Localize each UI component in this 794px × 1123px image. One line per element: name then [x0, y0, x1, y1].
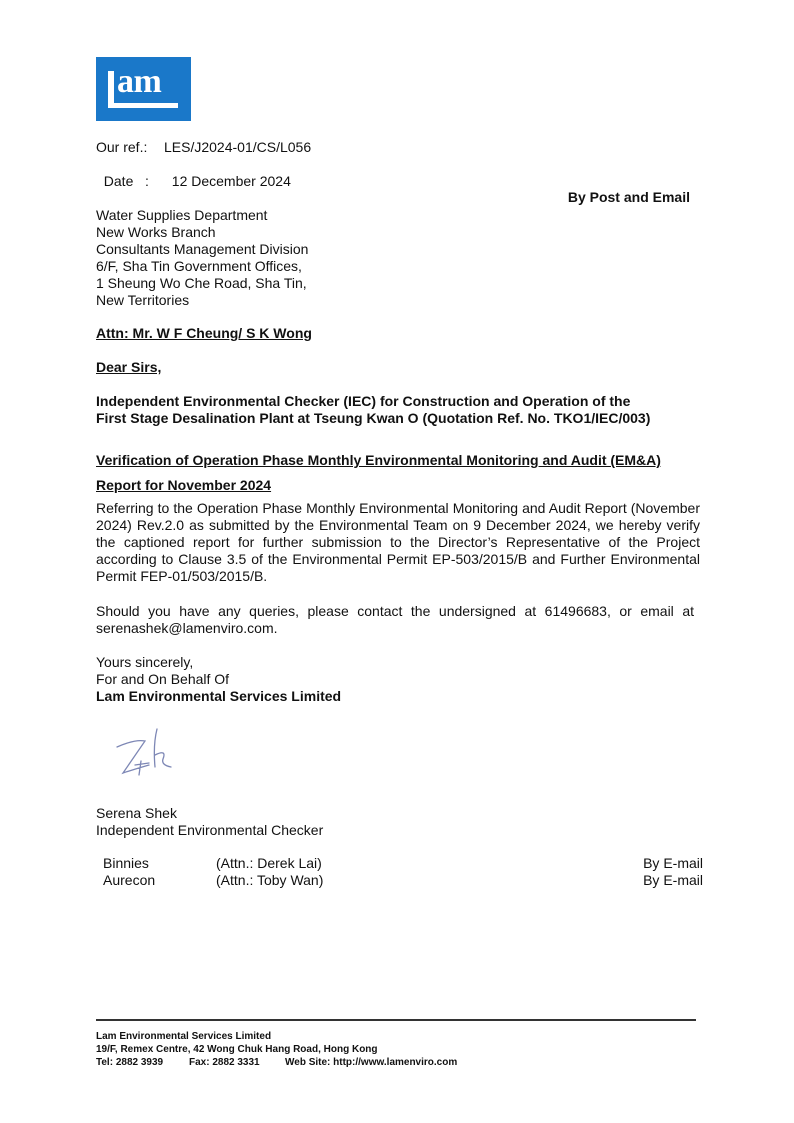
- footer-company: Lam Environmental Services Limited: [96, 1030, 457, 1043]
- address-line: New Works Branch: [96, 224, 308, 241]
- our-ref: Our ref.:LES/J2024-01/CS/L056: [96, 139, 311, 156]
- logo-underline: [108, 103, 178, 108]
- cc-mode: By E-mail: [643, 872, 703, 889]
- body-paragraph-1: Referring to the Operation Phase Monthly…: [96, 500, 700, 585]
- footer-address: 19/F, Remex Centre, 42 Wong Chuk Hang Ro…: [96, 1043, 457, 1056]
- footer-tel: Tel: 2882 3939: [96, 1056, 189, 1069]
- cc-name: Binnies: [103, 855, 149, 872]
- salutation: Dear Sirs,: [96, 359, 161, 376]
- our-ref-value: LES/J2024-01/CS/L056: [164, 139, 311, 155]
- cc-name: Aurecon: [103, 872, 155, 889]
- address-line: New Territories: [96, 292, 308, 309]
- body-paragraph-2: Should you have any queries, please cont…: [96, 603, 694, 637]
- valediction: Yours sincerely,: [96, 654, 341, 671]
- subject-line: First Stage Desalination Plant at Tseung…: [96, 410, 650, 427]
- footer: Lam Environmental Services Limited 19/F,…: [96, 1030, 457, 1069]
- footer-web: Web Site: http://www.lamenviro.com: [285, 1056, 457, 1069]
- footer-divider: [96, 1019, 696, 1021]
- address-line: 6/F, Sha Tin Government Offices,: [96, 258, 308, 275]
- date-value: 12 December 2024: [172, 173, 291, 189]
- cc-mode: By E-mail: [643, 855, 703, 872]
- subject: Independent Environmental Checker (IEC) …: [96, 393, 650, 427]
- company-logo: am: [96, 57, 191, 121]
- address-line: 1 Sheung Wo Che Road, Sha Tin,: [96, 275, 308, 292]
- behalf-line: For and On Behalf Of: [96, 671, 341, 688]
- cc-attn: (Attn.: Toby Wan): [216, 872, 323, 889]
- signer-title: Independent Environmental Checker: [96, 822, 323, 839]
- cc-attn: (Attn.: Derek Lai): [216, 855, 322, 872]
- signer-name: Serena Shek: [96, 805, 323, 822]
- logo-text: am: [117, 63, 161, 101]
- attention-line: Attn: Mr. W F Cheung/ S K Wong: [96, 325, 312, 342]
- signer: Serena Shek Independent Environmental Ch…: [96, 805, 323, 839]
- address-line: Consultants Management Division: [96, 241, 308, 258]
- date-label: Date :: [104, 173, 172, 190]
- signature-icon: [115, 725, 195, 780]
- delivery-method: By Post and Email: [568, 189, 690, 206]
- subject-line: Independent Environmental Checker (IEC) …: [96, 393, 650, 410]
- closing: Yours sincerely, For and On Behalf Of La…: [96, 654, 341, 705]
- our-ref-label: Our ref.:: [96, 139, 164, 156]
- heading-line-2: Report for November 2024: [96, 477, 271, 494]
- address-line: Water Supplies Department: [96, 207, 308, 224]
- company-name: Lam Environmental Services Limited: [96, 688, 341, 705]
- footer-fax: Fax: 2882 3331: [189, 1056, 285, 1069]
- heading-line-1: Verification of Operation Phase Monthly …: [96, 452, 661, 469]
- recipient-address: Water Supplies Department New Works Bran…: [96, 207, 308, 309]
- date: Date :12 December 2024: [96, 156, 291, 190]
